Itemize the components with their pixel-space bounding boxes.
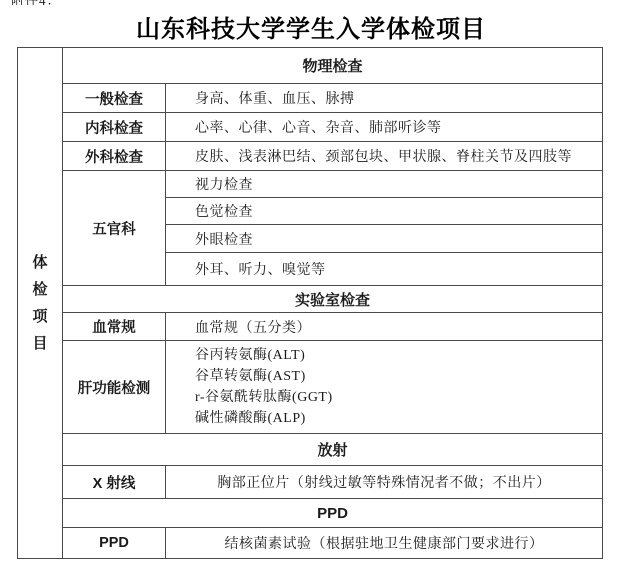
content-cell: 胸部正位片（射线过敏等特殊情况者不做；不出片）	[166, 466, 603, 499]
clipped-attachment-label: 附件4：	[11, 0, 81, 5]
table-row: 外科检查 皮肤、浅表淋巴结、颈部包块、甲状腺、脊柱关节及四肢等	[18, 142, 603, 171]
content-cell: 心率、心律、心音、杂音、肺部听诊等	[166, 113, 603, 142]
vertical-char: 目	[18, 330, 62, 357]
category-cell: PPD	[63, 528, 166, 559]
document-page: 附件4： 山东科技大学学生入学体检项目 体 检 项 目 物理检查 一般检查 身高…	[0, 0, 622, 580]
table-row: 实验室检查	[18, 286, 603, 313]
vertical-char: 项	[18, 303, 62, 330]
table-row: PPD	[18, 499, 603, 528]
page-title: 山东科技大学学生入学体检项目	[0, 9, 622, 44]
content-cell: 身高、体重、血压、脉搏	[166, 84, 603, 113]
table-row: 血常规 血常规（五分类）	[18, 313, 603, 341]
section-header-physical: 物理检查	[63, 48, 603, 84]
clipped-attachment-text: 附件4：	[11, 0, 61, 5]
section-header-laboratory: 实验室检查	[63, 286, 603, 313]
row-group-header-exam-items: 体 检 项 目	[18, 48, 63, 559]
category-cell: X 射线	[63, 466, 166, 499]
category-cell: 血常规	[63, 313, 166, 341]
table-row: X 射线 胸部正位片（射线过敏等特殊情况者不做；不出片）	[18, 466, 603, 499]
category-cell: 一般检查	[63, 84, 166, 113]
vertical-char: 体	[18, 249, 62, 276]
table-row: 内科检查 心率、心律、心音、杂音、肺部听诊等	[18, 113, 603, 142]
category-cell: 肝功能检测	[63, 341, 166, 434]
content-cell: 结核菌素试验（根据驻地卫生健康部门要求进行）	[166, 528, 603, 559]
content-line: 谷草转氨酶(AST)	[195, 366, 602, 387]
exam-items-table: 体 检 项 目 物理检查 一般检查 身高、体重、血压、脉搏 内科检查 心率、心律…	[17, 47, 603, 559]
table-row: 五官科 视力检查	[18, 171, 603, 198]
content-cell: 皮肤、浅表淋巴结、颈部包块、甲状腺、脊柱关节及四肢等	[166, 142, 603, 171]
table-row: 一般检查 身高、体重、血压、脉搏	[18, 84, 603, 113]
content-cell: 视力检查	[166, 171, 603, 198]
content-line: 谷丙转氨酶(ALT)	[195, 345, 602, 366]
content-cell: 色觉检查	[166, 198, 603, 225]
content-cell-multiline: 谷丙转氨酶(ALT) 谷草转氨酶(AST) r-谷氨酰转肽酶(GGT) 碱性磷酸…	[166, 341, 603, 434]
table-row: 肝功能检测 谷丙转氨酶(ALT) 谷草转氨酶(AST) r-谷氨酰转肽酶(GGT…	[18, 341, 603, 434]
content-cell: 外眼检查	[166, 225, 603, 253]
table-row: 体 检 项 目 物理检查	[18, 48, 603, 84]
category-cell: 外科检查	[63, 142, 166, 171]
content-line: 碱性磷酸酶(ALP)	[195, 408, 602, 429]
content-line: r-谷氨酰转肽酶(GGT)	[195, 387, 602, 408]
content-cell: 外耳、听力、嗅觉等	[166, 253, 603, 286]
table-row: PPD 结核菌素试验（根据驻地卫生健康部门要求进行）	[18, 528, 603, 559]
category-cell: 内科检查	[63, 113, 166, 142]
table-row: 放射	[18, 434, 603, 466]
vertical-char: 检	[18, 276, 62, 303]
section-header-radiology: 放射	[63, 434, 603, 466]
section-header-ppd: PPD	[63, 499, 603, 528]
category-cell: 五官科	[63, 171, 166, 286]
content-cell: 血常规（五分类）	[166, 313, 603, 341]
